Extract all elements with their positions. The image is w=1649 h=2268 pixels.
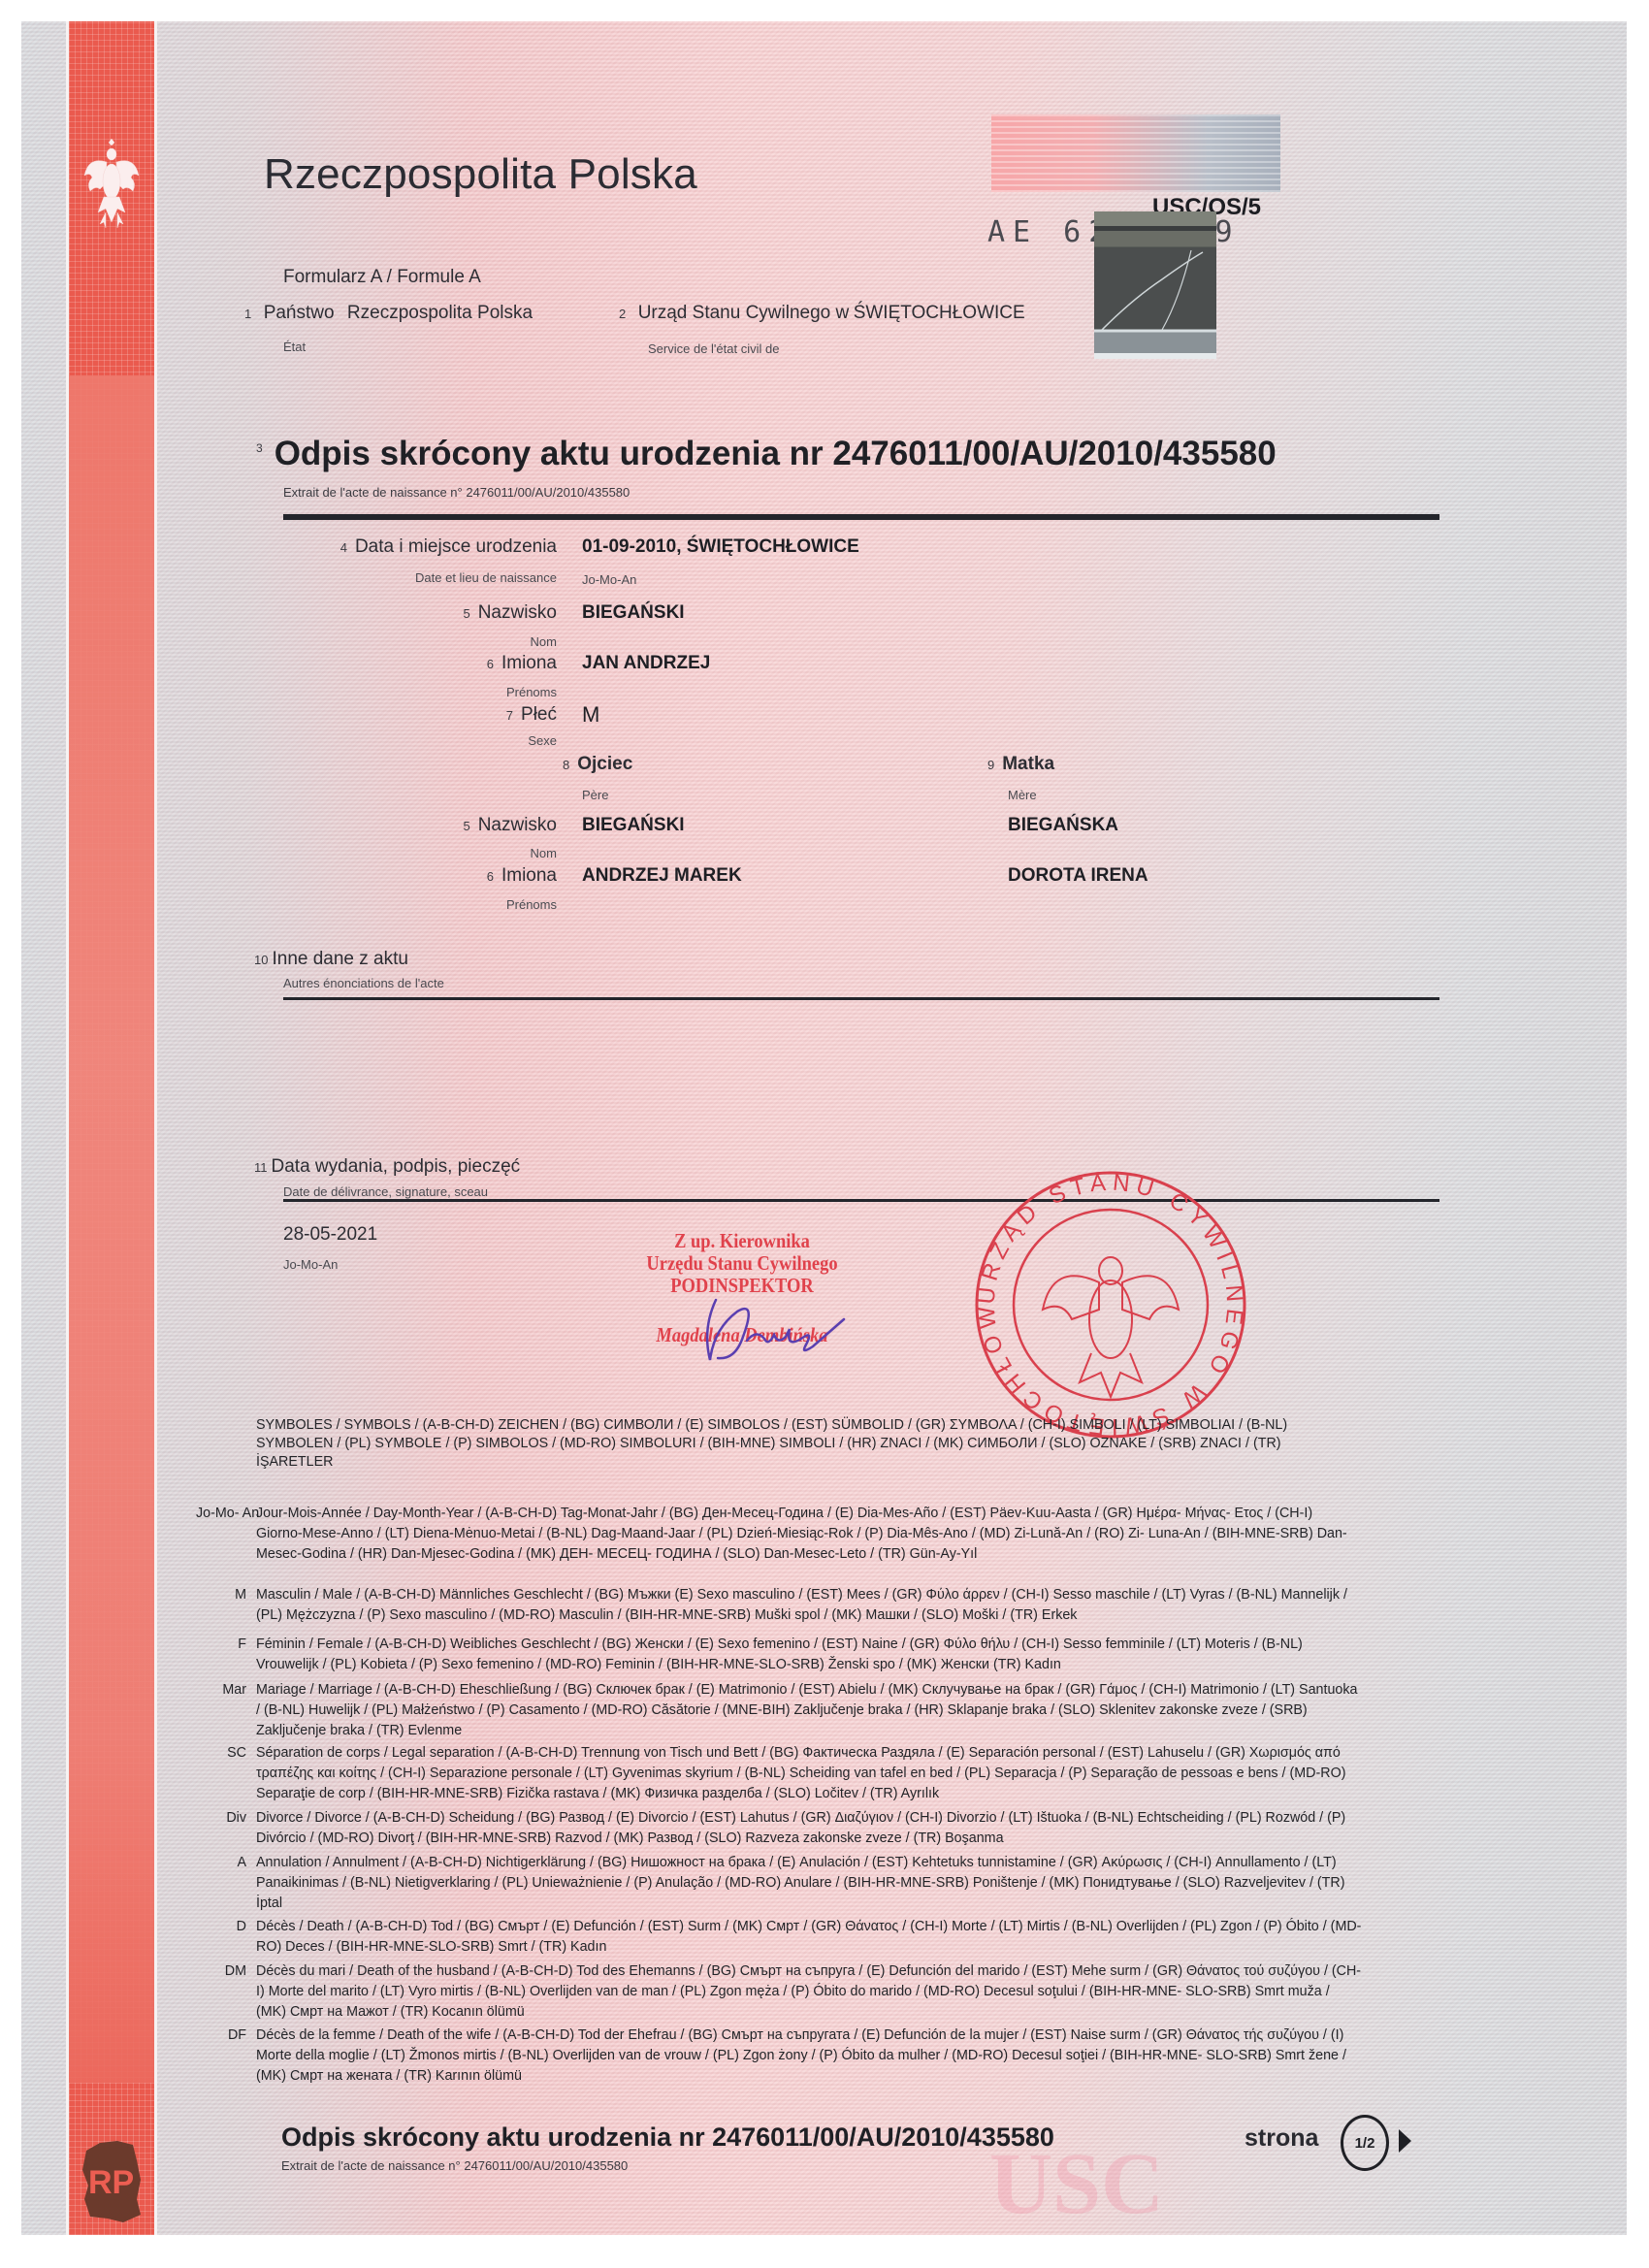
given-names-label: 6Imiona [188, 653, 557, 674]
field-registry-office-sublabel: Service de l'état civil de [648, 341, 779, 356]
svg-text:RP: RP [88, 2164, 134, 2201]
svg-text:URZĄD STANU CYWILNEGO W ŚWIĘTO: URZĄD STANU CYWILNEGO W ŚWIĘTOCHŁOWICACH [965, 1164, 1247, 1440]
page-indicator: 1/2 [1341, 2115, 1389, 2171]
rp-map-logo-icon: RP [79, 2131, 146, 2228]
field-country: 1 Państwo Rzeczpospolita Polska [244, 303, 533, 324]
mother-heading: 9Matka [987, 754, 1054, 775]
field-registry-office: 2 Urząd Stanu Cywilnego w ŚWIĘTOCHŁOWICE [619, 303, 1025, 324]
parents-surname-sublabel: Nom [188, 846, 557, 860]
field-registry-office-value: ŚWIĘTOCHŁOWICE [854, 303, 1025, 323]
issuance-divider [283, 1199, 1439, 1202]
mother-surname-value: BIEGAŃSKA [1008, 815, 1118, 836]
birth-sublabel: Date et lieu de naissance [188, 570, 557, 585]
surname-sublabel: Nom [188, 634, 557, 649]
parents-given-sublabel: Prénoms [188, 897, 557, 912]
father-surname-value: BIEGAŃSKI [582, 815, 685, 836]
sex-label: 7Płeć [188, 704, 557, 726]
hologram-security-element [1094, 211, 1216, 359]
sex-sublabel: Sexe [188, 733, 557, 748]
parents-surname-label: 5Nazwisko [188, 815, 557, 836]
father-sublabel: Père [582, 788, 608, 802]
birth-value: 01-09-2010, ŚWIĘTOCHŁOWICE [582, 536, 859, 558]
symbols-heading: SYMBOLES / SYMBOLS / (A-B-CH-D) ZEICHEN … [256, 1416, 1347, 1472]
field-country-value: Rzeczpospolita Polska [347, 303, 533, 323]
red-security-band: RP [66, 21, 157, 2235]
issuance-sublabel: Date de délivrance, signature, sceau [283, 1184, 488, 1199]
other-data-heading: 10Inne dane z aktu [254, 949, 408, 970]
birth-label: 4Data i miejsce urodzenia [188, 536, 557, 558]
white-eagle-emblem-icon [82, 133, 141, 240]
document-subtitle: Extrait de l'acte de naissance n° 247601… [283, 485, 630, 500]
title-divider [283, 514, 1439, 520]
mother-sublabel: Mère [1008, 788, 1037, 802]
parents-given-label: 6Imiona [188, 865, 557, 887]
hologram-lines-icon [1094, 211, 1216, 359]
father-heading: 8Ojciec [563, 754, 632, 775]
holographic-stripe [991, 114, 1280, 192]
given-names-value: JAN ANDRZEJ [582, 653, 710, 674]
footer-document-subtitle: Extrait de l'acte de naissance n° 247601… [281, 2158, 628, 2173]
birth-date-format: Jo-Mo-An [582, 572, 636, 587]
country-title: Rzeczpospolita Polska [264, 150, 697, 199]
footer-document-title: Odpis skrócony aktu urodzenia nr 2476011… [281, 2122, 1054, 2153]
next-page-arrow-icon[interactable] [1399, 2129, 1411, 2153]
band-gradient [69, 375, 154, 2083]
issue-date-format: Jo-Mo-An [283, 1257, 338, 1272]
handwritten-signature-icon [689, 1290, 854, 1368]
surname-label: 5Nazwisko [188, 602, 557, 624]
field-country-sublabel: État [283, 340, 306, 354]
sex-value: M [582, 702, 599, 728]
issuance-heading: 11Data wydania, podpis, pieczęć [254, 1156, 520, 1178]
mother-given-names-value: DOROTA IRENA [1008, 865, 1148, 887]
form-label: Formularz A / Formule A [283, 267, 481, 288]
other-data-divider [283, 997, 1439, 1000]
issue-date: 28-05-2021 [283, 1224, 377, 1246]
surname-value: BIEGAŃSKI [582, 602, 685, 624]
official-round-seal-icon: URZĄD STANU CYWILNEGO W ŚWIĘTOCHŁOWICACH [965, 1164, 1256, 1445]
father-given-names-value: ANDRZEJ MAREK [582, 865, 742, 887]
other-data-sublabel: Autres énonciations de l'acte [283, 976, 444, 990]
document-title: 3Odpis skrócony aktu urodzenia nr 247601… [256, 435, 1277, 473]
given-names-sublabel: Prénoms [188, 685, 557, 699]
page-label: strona [1245, 2124, 1318, 2153]
